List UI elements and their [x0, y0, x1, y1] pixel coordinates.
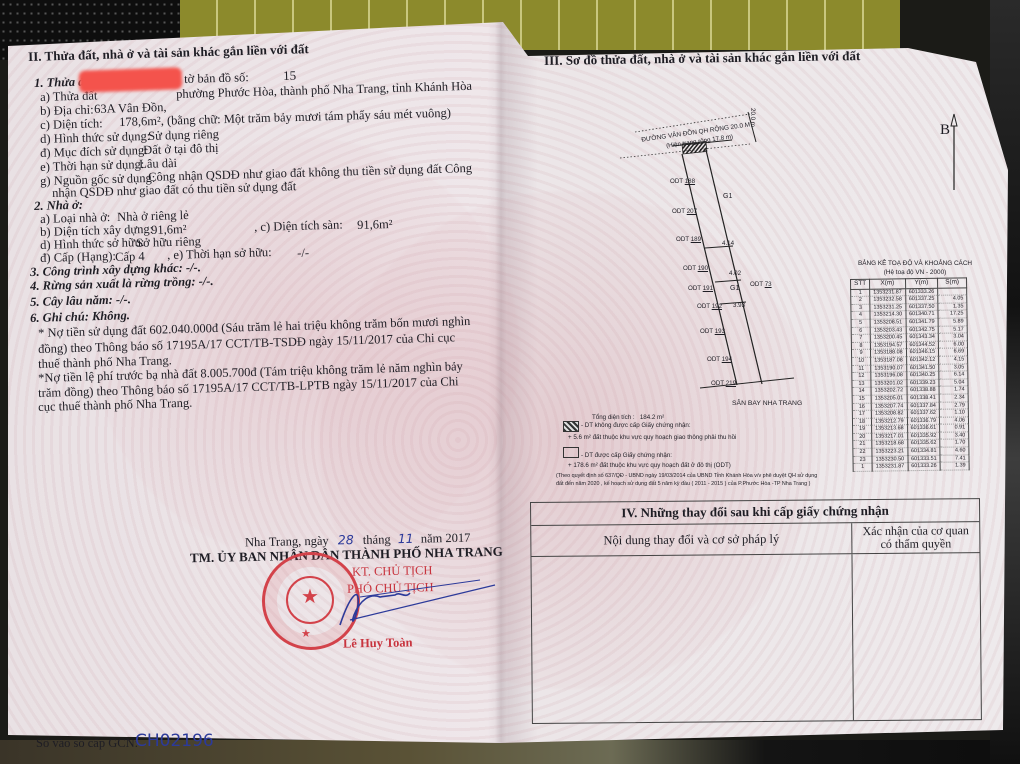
airport-label: SÂN BAY NHA TRANG — [732, 400, 802, 408]
changes-content-cell — [531, 554, 853, 723]
signer-name: Lê Huy Toàn — [343, 635, 413, 650]
coord-table-title: BẢNG KÊ TOẠ ĐỘ VÀ KHOẢNG CÁCH — [850, 260, 980, 267]
hatched-swatch-icon — [563, 421, 579, 432]
dimension-label: 3.93 — [733, 302, 745, 310]
neighbor-label: ODT 192 — [697, 303, 722, 311]
neighbor-label: ODT 194 — [707, 356, 732, 364]
legend-plain-detail: + 178.6 m² đất thuộc khu vực quy hoạch đ… — [568, 462, 731, 470]
neighbor-label: ODT 191 — [688, 285, 713, 293]
road-width-dim: 20.0 m — [748, 108, 756, 127]
house-e-value: -/- — [297, 246, 309, 260]
total-area: Tổng diện tích : 184.2 m² — [592, 414, 664, 422]
parcel-map — [560, 100, 890, 400]
registry-label: Số vào sổ cấp GCN: — [36, 736, 138, 750]
legend-basis-2: đất đến năm 2020 , kế hoạch sử dụng đất … — [556, 480, 810, 488]
neighbor-label: ODT 193 — [700, 328, 725, 336]
parcel-label: G1 — [723, 193, 732, 201]
house-e-label: , e) Thời hạn sở hữu: — [167, 245, 272, 262]
dimension-label: 4.02 — [729, 270, 741, 278]
column-header: Y(m) — [905, 278, 938, 288]
notes-heading: 6. Ghi chú: Không. — [30, 308, 130, 325]
table-row: 11353231.87601333.261.39 — [853, 462, 969, 471]
land-b-label: b) Địa chỉ: — [40, 103, 94, 118]
signature — [320, 575, 500, 635]
changes-col-content: Nội dung thay đổi và cơ sở pháp lý — [531, 523, 852, 556]
legend-plain-title: - DT được cấp Giấy chứng nhận: — [581, 452, 672, 460]
dimension-label: 4.14 — [722, 240, 734, 248]
parcel-label: G1 — [730, 285, 739, 293]
legend-hatched-title: - DT không được cấp Giấy chứng nhận: — [581, 422, 691, 430]
neighbor-label: ODT 219 — [711, 380, 736, 388]
seal-star-icon: ★ — [301, 627, 311, 640]
sign-day: 28 — [332, 532, 360, 548]
neighbor-label: ODT 188 — [670, 178, 695, 186]
legend-basis-1: (Theo quyết định số 637/QĐ - UBND ngày 1… — [556, 472, 817, 480]
neighbor-label: ODT 73 — [750, 281, 772, 289]
sign-year: 2017 — [445, 531, 470, 546]
map-sheet-value: 15 — [283, 69, 296, 83]
land-d2-value: Đất ở tại đô thị — [143, 141, 219, 157]
sign-month: 11 — [394, 531, 418, 546]
registry-number: CH02196 — [135, 731, 214, 751]
column-header: S(m) — [938, 278, 967, 288]
coord-table-subtitle: (Hệ toạ độ VN - 2000) — [850, 269, 980, 276]
neighbor-label: ODT 207 — [672, 208, 697, 216]
legend-hatched-detail: + 5.6 m² đất thuộc khu vực quy hoạch gia… — [568, 434, 736, 442]
column-header: STT — [851, 279, 870, 289]
neighbor-label: ODT 189 — [676, 236, 701, 244]
redaction-mark — [79, 67, 183, 93]
map-sheet-label: tờ bản đồ số: — [184, 70, 249, 86]
plain-swatch-icon — [563, 447, 579, 458]
house-c-value: 91,6m² — [357, 217, 393, 232]
changes-table: IV. Những thay đổi sau khi cấp giấy chứn… — [530, 498, 982, 724]
perennial-item: 5. Cây lâu năm: -/-. — [30, 292, 131, 309]
north-label: B — [940, 122, 950, 139]
house-c-label: , c) Diện tích sàn: — [254, 218, 343, 234]
column-header: X(m) — [870, 279, 906, 289]
changes-confirmation-cell — [852, 553, 980, 720]
neighbor-label: ODT 190 — [683, 265, 708, 273]
changes-col-confirmation: Xác nhận của cơ quan có thẩm quyền — [852, 522, 979, 553]
coordinate-table: STTX(m)Y(m)S(m) 11353231.87601333.262135… — [850, 277, 970, 471]
